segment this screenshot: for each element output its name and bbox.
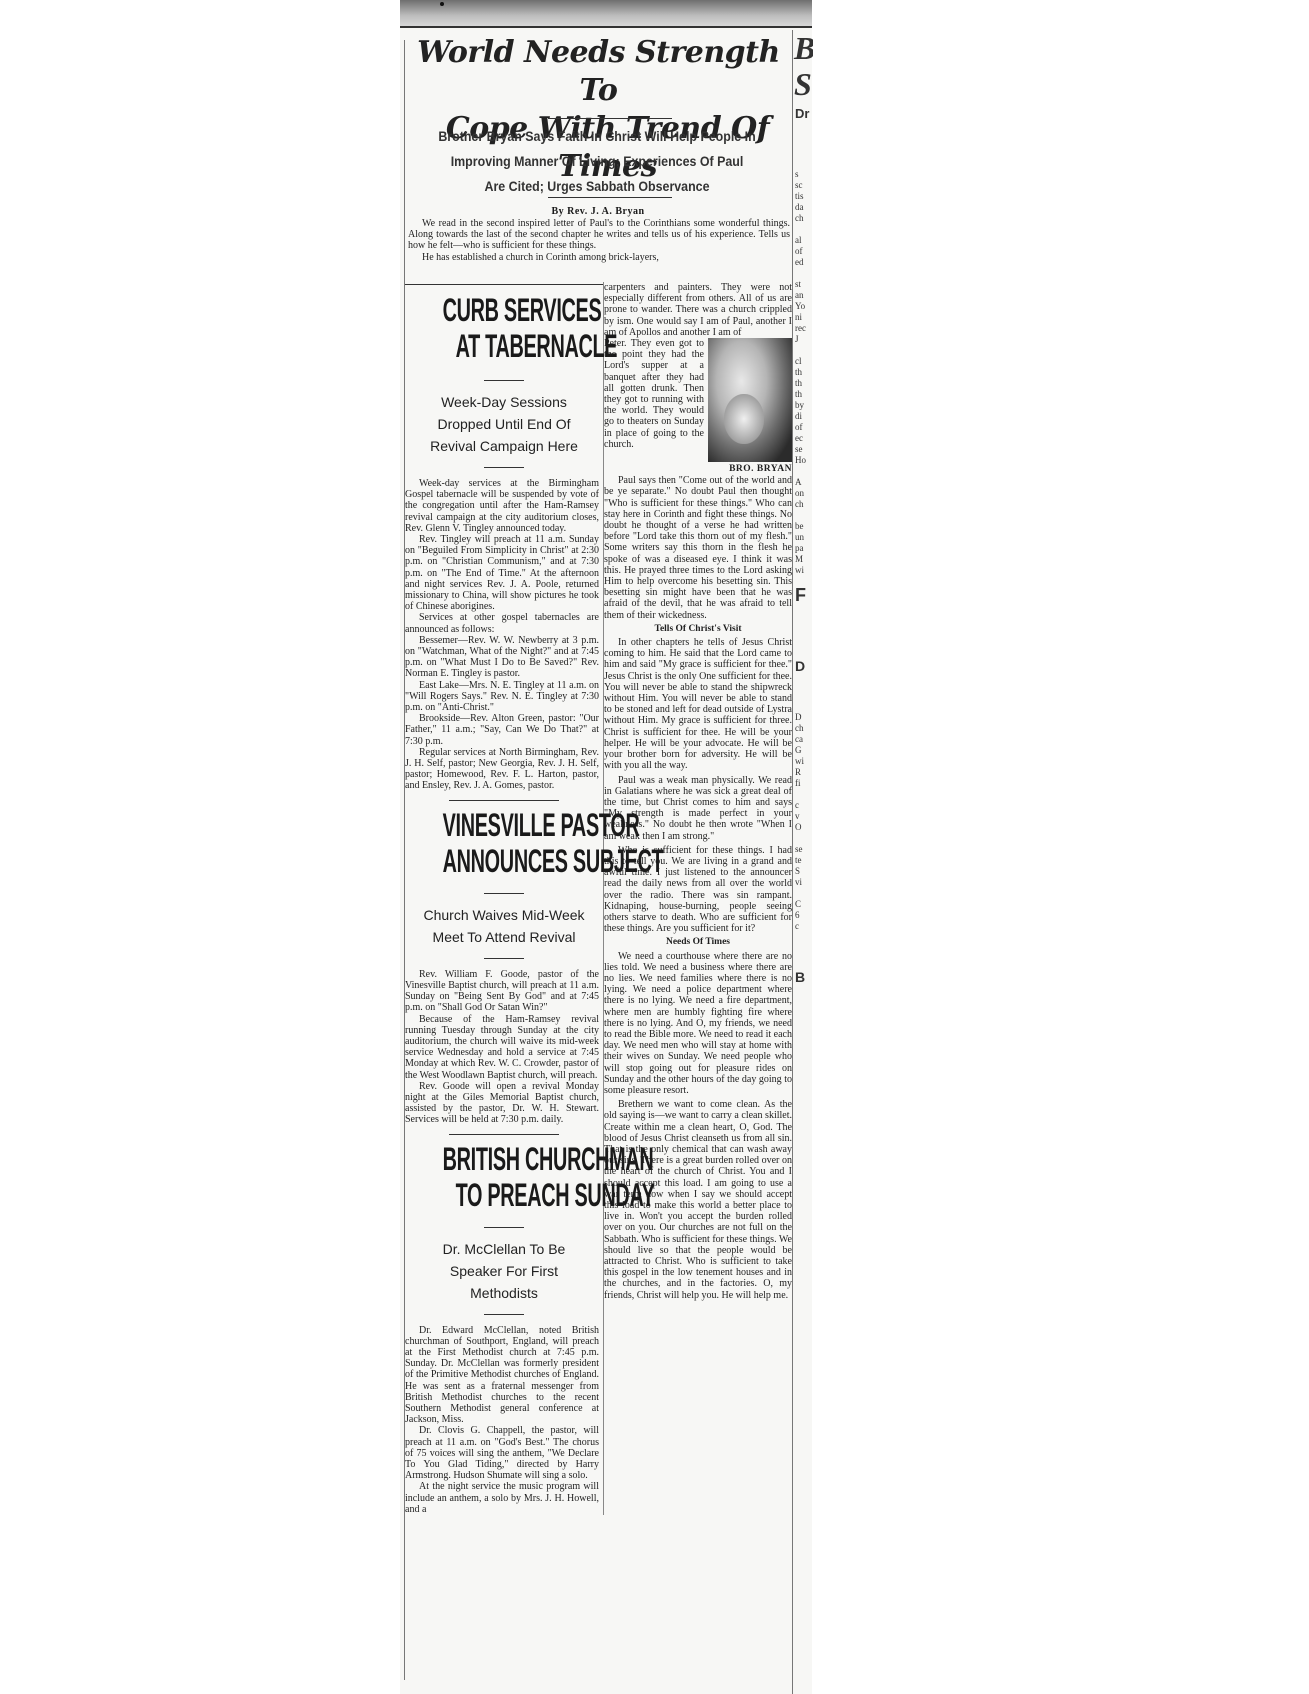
adjacent-heading-fragment: D [795, 661, 813, 672]
curb-paragraph: East Lake—Mrs. N. E. Tingley at 11 a.m. … [405, 680, 599, 714]
adjacent-text-fragment: D ch ca G wi R fi c v O se te S vi C 6 c [795, 712, 813, 932]
british-paragraph: Dr. Edward McClellan, noted British chur… [405, 1325, 599, 1426]
vinesville-paragraph: Because of the Ham-Ramsey revival runnin… [405, 1014, 599, 1081]
intro-paragraph: We read in the second inspired letter of… [408, 218, 790, 252]
curb-paragraph: Rev. Tingley will preach at 11 a.m. Sund… [405, 534, 599, 612]
main-paragraph: Paul was a weak man physically. We read … [604, 775, 792, 842]
curb-rule-2 [484, 467, 524, 468]
curb-body: Week-day services at the Birmingham Gosp… [405, 478, 603, 792]
main-subhead: Tells Of Christ's Visit [604, 624, 792, 635]
deck-rule [548, 197, 672, 198]
main-paragraph: carpenters and painters. They were not e… [604, 282, 792, 338]
headline-rule [548, 118, 672, 119]
british-paragraph: At the night service the music program w… [405, 1481, 599, 1515]
curb-paragraph: Brookside—Rev. Alton Green, pastor: "Our… [405, 713, 599, 747]
vinesville-rule-2 [484, 958, 524, 959]
vinesville-body: Rev. William F. Goode, pastor of the Vin… [405, 969, 603, 1126]
adjacent-heading-fragment: B [795, 972, 813, 983]
british-rule [484, 1227, 524, 1228]
curb-paragraph: Bessemer—Rev. W. W. Newberry at 3 p.m. o… [405, 635, 599, 680]
main-article-column: carpenters and painters. They were not e… [604, 282, 792, 1301]
left-margin-rule [404, 40, 405, 1680]
curb-headline-2: AT TABERNACLE [456, 328, 569, 364]
vinesville-paragraph: Rev. William F. Goode, pastor of the Vin… [405, 969, 599, 1014]
vinesville-paragraph: Rev. Goode will open a revival Monday ni… [405, 1081, 599, 1126]
adjacent-deck-fragment: Dr [795, 108, 813, 119]
british-paragraph: Dr. Clovis G. Chappell, the pastor, will… [405, 1425, 599, 1481]
british-headline-2: TO PREACH SUNDAY [456, 1177, 569, 1213]
scan-speck [440, 2, 444, 6]
portrait-detail [724, 394, 764, 444]
intro-paragraph-2: He has established a church in Corinth a… [408, 252, 790, 263]
byline: By Rev. J. A. Bryan [408, 206, 788, 217]
deck-line-1: Brother Bryan Says Faith In Christ Will … [419, 124, 774, 149]
portrait-photo [708, 338, 792, 462]
main-paragraph: Paul says then "Come out of the world an… [604, 475, 792, 621]
main-paragraph: Brethern we want to come clean. As the o… [604, 1099, 792, 1301]
main-deck: Brother Bryan Says Faith In Christ Will … [419, 124, 774, 199]
main-paragraph: In other chapters he tells of Jesus Chri… [604, 637, 792, 771]
adjacent-column-fragment: BS Dr s sc tis da ch al of ed st an Yo n… [792, 30, 813, 1694]
deck-line-2: Improving Manner Of Living; Experiences … [419, 149, 774, 174]
adjacent-text-fragment: s sc tis da ch al of ed st an Yo ni rec … [795, 169, 813, 576]
left-column: CURB SERVICES AT TABERNACLE Week-Day Ses… [405, 282, 604, 1515]
intro-text: We read in the second inspired letter of… [408, 218, 790, 263]
british-headline-1: BRITISH CHURCHMAN [443, 1141, 566, 1177]
deck-line-3: Are Cited; Urges Sabbath Observance [419, 174, 774, 199]
article-separator [449, 1134, 559, 1135]
curb-headline-1: CURB SERVICES [443, 292, 566, 328]
article-separator [449, 800, 559, 801]
british-rule-2 [484, 1314, 524, 1315]
vinesville-headline-2: ANNOUNCES SUBJECT [443, 843, 566, 879]
newspaper-page: World Needs Strength To Cope With Trend … [400, 0, 812, 1694]
british-subhead: Dr. McClellan To Be Speaker For First Me… [405, 1238, 603, 1304]
curb-paragraph: Regular services at North Birmingham, Re… [405, 747, 599, 792]
curb-rule [484, 380, 524, 381]
curb-paragraph: Services at other gospel tabernacles are… [405, 612, 599, 634]
vinesville-subhead: Church Waives Mid-Week Meet To Attend Re… [405, 904, 603, 948]
vinesville-rule [484, 893, 524, 894]
adjacent-headline-fragment: BS [794, 30, 813, 102]
main-paragraph: Who is sufficient for these things. I ha… [604, 845, 792, 935]
scan-top-band [400, 0, 812, 26]
main-subhead: Needs Of Times [604, 937, 792, 948]
curb-paragraph: Week-day services at the Birmingham Gosp… [405, 478, 599, 534]
adjacent-heading-fragment: F [795, 590, 813, 601]
curb-subhead: Week-Day Sessions Dropped Until End Of R… [405, 391, 603, 457]
main-paragraph: We need a courthouse where there are no … [604, 951, 792, 1097]
headline-line-1: World Needs Strength To [406, 34, 791, 110]
photo-caption: BRO. BRYAN [708, 464, 792, 475]
top-rule [400, 26, 812, 28]
british-body: Dr. Edward McClellan, noted British chur… [405, 1325, 603, 1515]
vinesville-headline-1: VINESVILLE PASTOR [443, 807, 566, 843]
